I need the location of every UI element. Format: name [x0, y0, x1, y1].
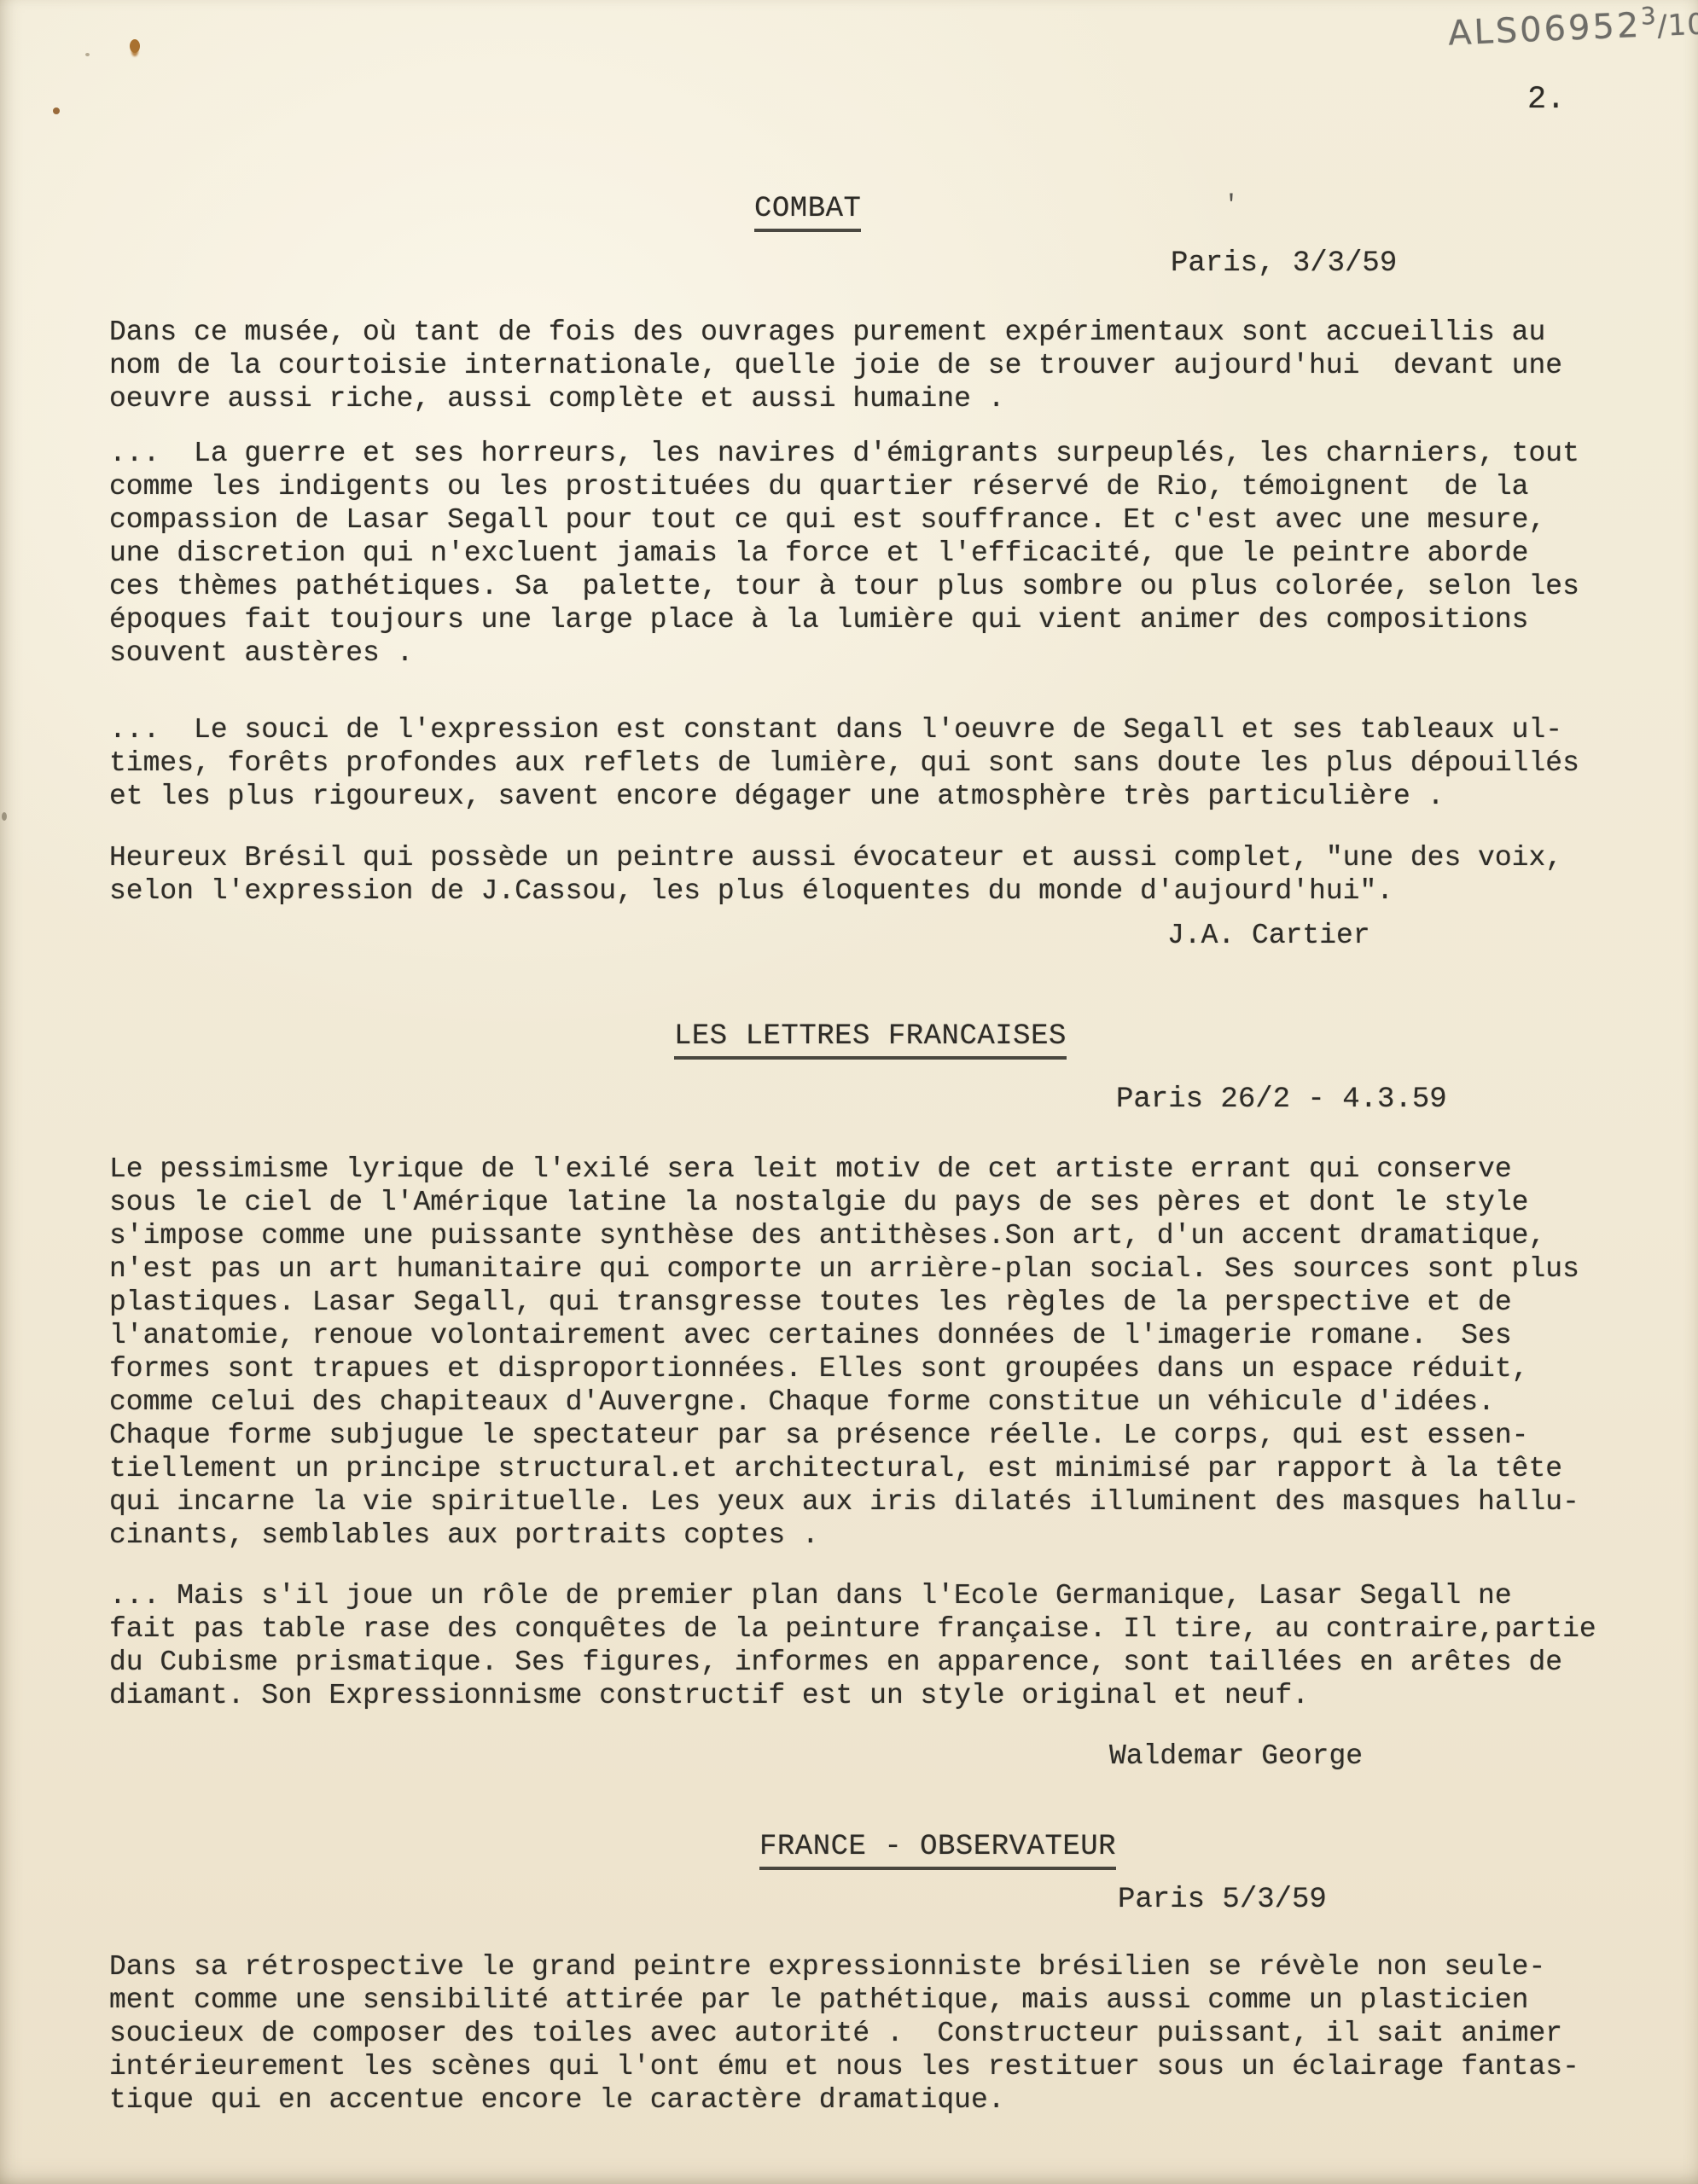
archive-code-annotation: ALS069523/10 — [1447, 0, 1698, 54]
paragraph: Dans ce musée, où tant de fois des ouvra… — [109, 316, 1637, 415]
section-dateline-combat: Paris, 3/3/59 — [1171, 247, 1397, 280]
scanned-typewritten-page: ' ALS069523/10 2. COMBAT Paris, 3/3/59 D… — [0, 0, 1698, 2184]
archive-fraction-denominator: /10 — [1656, 7, 1698, 43]
section-dateline-les-lettres-francaises: Paris 26/2 - 4.3.59 — [1116, 1083, 1447, 1116]
section-title-les-lettres-francaises: LES LETTRES FRANCAISES — [674, 1020, 1067, 1060]
paragraph: Heureux Brésil qui possède un peintre au… — [109, 841, 1637, 908]
stray-apostrophe-mark: ' — [1224, 191, 1239, 220]
section-title-combat: COMBAT — [754, 193, 861, 232]
signature-cartier: J.A. Cartier — [1167, 920, 1370, 951]
paragraph: Le pessimisme lyrique de l'exilé sera le… — [109, 1153, 1637, 1552]
rust-stain-speck — [130, 39, 140, 53]
section-title-france-observateur: FRANCE - OBSERVATEUR — [759, 1831, 1116, 1870]
section-dateline-france-observateur: Paris 5/3/59 — [1118, 1884, 1327, 1916]
archive-code: ALS06952 — [1447, 6, 1642, 54]
edge-mark — [2, 812, 7, 821]
paper-speck — [85, 53, 90, 56]
page-number: 2. — [1527, 82, 1565, 118]
paragraph: ... Mais s'il joue un rôle de premier pl… — [109, 1579, 1637, 1712]
archive-fraction-numerator: 3 — [1640, 2, 1657, 31]
signature-waldemar-george: Waldemar George — [1109, 1740, 1363, 1772]
rust-stain-speck — [53, 107, 60, 114]
paragraph: ... Le souci de l'expression est constan… — [109, 713, 1637, 813]
paragraph: ... La guerre et ses horreurs, les navir… — [109, 437, 1637, 670]
paragraph: Dans sa rétrospective le grand peintre e… — [109, 1950, 1637, 2117]
